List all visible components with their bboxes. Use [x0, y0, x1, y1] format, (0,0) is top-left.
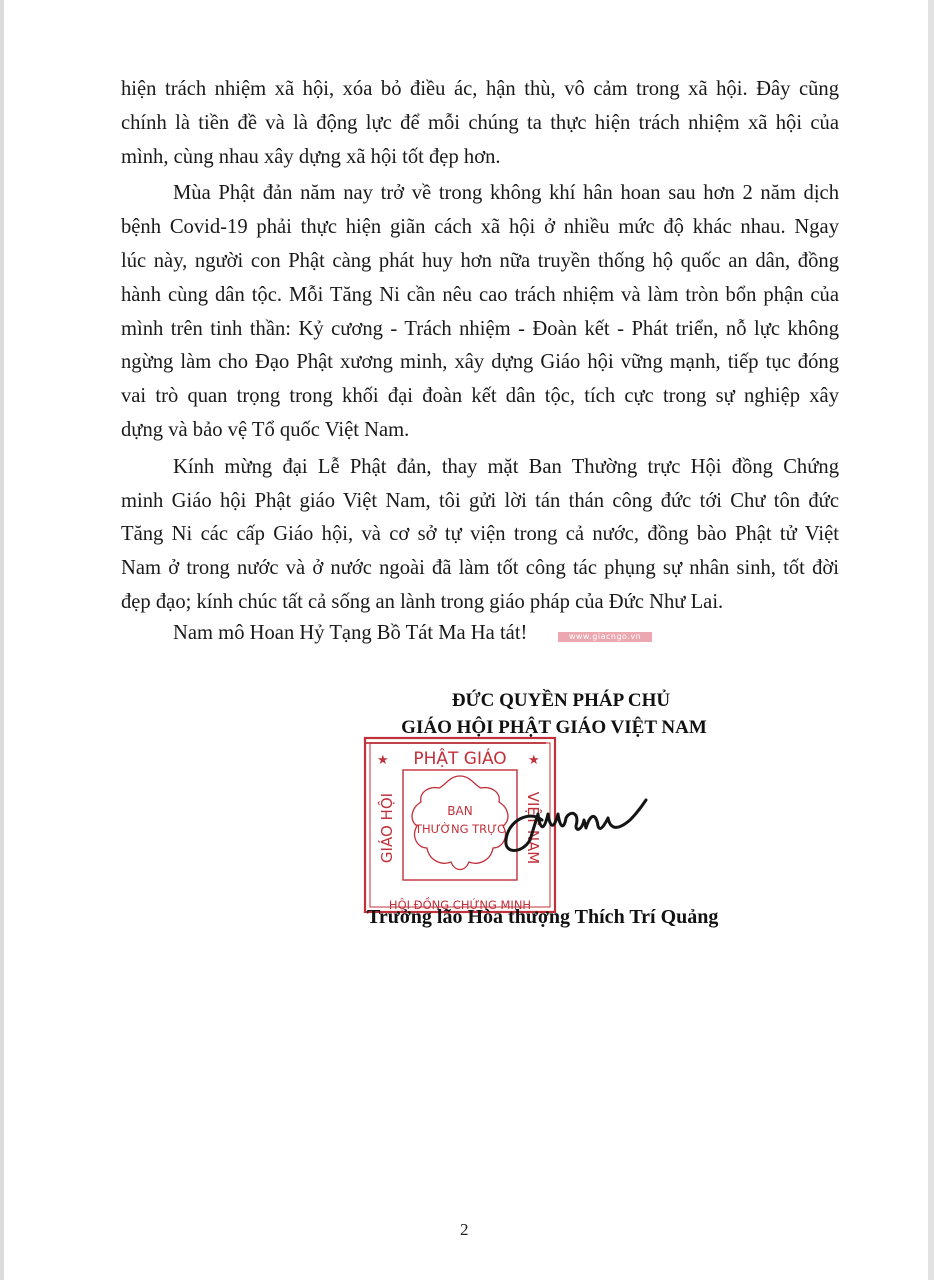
paragraph: hiện trách nhiệm xã hội, xóa bỏ điều ác,… [121, 73, 839, 174]
handwritten-signature [500, 770, 650, 860]
svg-text:GIÁO HỘI: GIÁO HỘI [377, 793, 396, 863]
text-line: Tăng Ni các cấp Giáo hội, và cơ sở tự vi… [121, 518, 839, 552]
text-line: bệnh Covid-19 phải thực hiện giãn cách x… [121, 211, 839, 245]
svg-text:★: ★ [528, 753, 540, 768]
closing-salutation: Nam mô Hoan Hỷ Tạng Bồ Tát Ma Ha tát! [173, 622, 527, 645]
text-line: Nam ở trong nước và ở nước ngoài đã làm … [121, 552, 839, 586]
text-line: hiện trách nhiệm xã hội, xóa bỏ điều ác,… [121, 73, 839, 107]
page-number: 2 [460, 1220, 469, 1240]
document-body: hiện trách nhiệm xã hội, xóa bỏ điều ác,… [121, 73, 839, 620]
text-line: dựng và bảo vệ Tổ quốc Việt Nam. [121, 414, 839, 448]
text-line: chính là tiền đề và là động lực để mỗi c… [121, 107, 839, 141]
signer-name: Trưởng lão Hòa thượng Thích Trí Quảng [367, 906, 718, 929]
paragraph: Mùa Phật đản năm nay trở về trong không … [121, 177, 839, 447]
svg-text:★: ★ [377, 753, 389, 768]
signature-title-line1: ĐỨC QUYỀN PHÁP CHỦ [368, 690, 754, 712]
text-line: ngừng làm cho Đạo Phật xương minh, xây d… [121, 346, 839, 380]
text-line: Kính mừng đại Lễ Phật đản, thay mặt Ban … [121, 451, 839, 485]
document-page: hiện trách nhiệm xã hội, xóa bỏ điều ác,… [0, 0, 934, 1280]
paragraph: Kính mừng đại Lễ Phật đản, thay mặt Ban … [121, 451, 839, 620]
text-line: vai trò quan trọng trong khối đại đoàn k… [121, 380, 839, 414]
svg-text:THƯỜNG TRỰC: THƯỜNG TRỰC [414, 821, 505, 836]
svg-text:PHẬT GIÁO: PHẬT GIÁO [413, 747, 506, 769]
text-line: mình, cùng nhau xây dựng xã hội tốt đẹp … [121, 141, 839, 175]
text-line: hành cùng dân tộc. Mỗi Tăng Ni cần nêu c… [121, 279, 839, 313]
svg-text:BAN: BAN [447, 804, 472, 818]
text-line: lúc này, người con Phật càng phát huy hơ… [121, 245, 839, 279]
text-line: minh Giáo hội Phật giáo Việt Nam, tôi gử… [121, 485, 839, 519]
text-line: mình trên tinh thần: Kỷ cương - Trách nh… [121, 313, 839, 347]
text-line: đẹp đạo; kính chúc tất cả sống an lành t… [121, 586, 839, 620]
text-line: Mùa Phật đản năm nay trở về trong không … [121, 177, 839, 211]
watermark: www.giacngo.vn [558, 632, 652, 642]
